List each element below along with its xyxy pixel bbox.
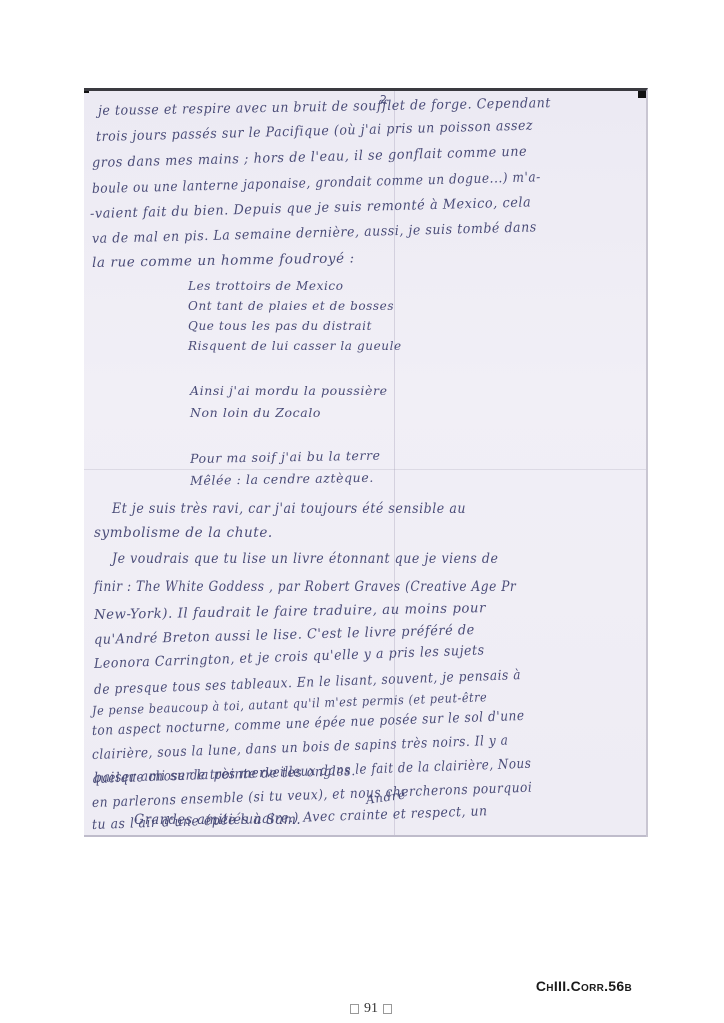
letter-line: Je voudrais que tu lise un livre étonnan… <box>112 551 498 567</box>
letter-line: va de mal en pis. La semaine dernière, a… <box>92 219 537 247</box>
scan-bottom-edge <box>84 835 646 837</box>
poem-line: Les trottoirs de Mexico <box>188 279 344 293</box>
letter-line: symbolisme de la chute. <box>94 525 273 541</box>
letter-line: Leonora Carrington, et je crois qu'elle … <box>94 642 485 672</box>
poem-line: Que tous les pas du distrait <box>188 319 372 333</box>
letter-line: gros dans mes mains ; hors de l'eau, il … <box>92 144 528 171</box>
letter-line: New-York). Il faudrait le faire traduire… <box>94 600 486 623</box>
collection-code: ChIII.Corr.56b <box>536 978 632 994</box>
letter-line: trois jours passés sur le Pacifique (où … <box>96 118 534 145</box>
page-number-right-glyph <box>383 1004 392 1014</box>
letter-line: -vaient fait du bien. Depuis que je suis… <box>90 194 532 222</box>
letter-line: Et je suis très ravi, car j'ai toujours … <box>112 501 466 517</box>
letter-scan: 2 je tousse et respire avec un bruit de … <box>84 88 648 837</box>
page-number-value: 91 <box>364 1001 378 1016</box>
letter-line: finir : The White Goddess , par Robert G… <box>94 579 516 595</box>
poem-line: Mêlée : la cendre aztèque. <box>190 470 374 488</box>
page-number: 91 <box>345 1001 397 1017</box>
poem-line: Non loin du Zocalo <box>190 405 321 420</box>
poem-line: Risquent de lui casser la gueule <box>188 339 402 353</box>
letter-line: boule ou une lanterne japonaise, grondai… <box>92 169 541 197</box>
poem-line: Ont tant de plaies et de bosses <box>188 299 394 313</box>
poem-line: Ainsi j'ai mordu la poussière <box>190 383 388 398</box>
letter-line: la rue comme un homme foudroyé : <box>92 250 355 271</box>
poem-line: Pour ma soif j'ai bu la terre <box>190 448 381 466</box>
page-number-left-glyph <box>350 1004 359 1014</box>
postscript: Grandes amitiés à Sam. <box>134 812 301 828</box>
letter-line: je tousse et respire avec un bruit de so… <box>98 95 551 119</box>
